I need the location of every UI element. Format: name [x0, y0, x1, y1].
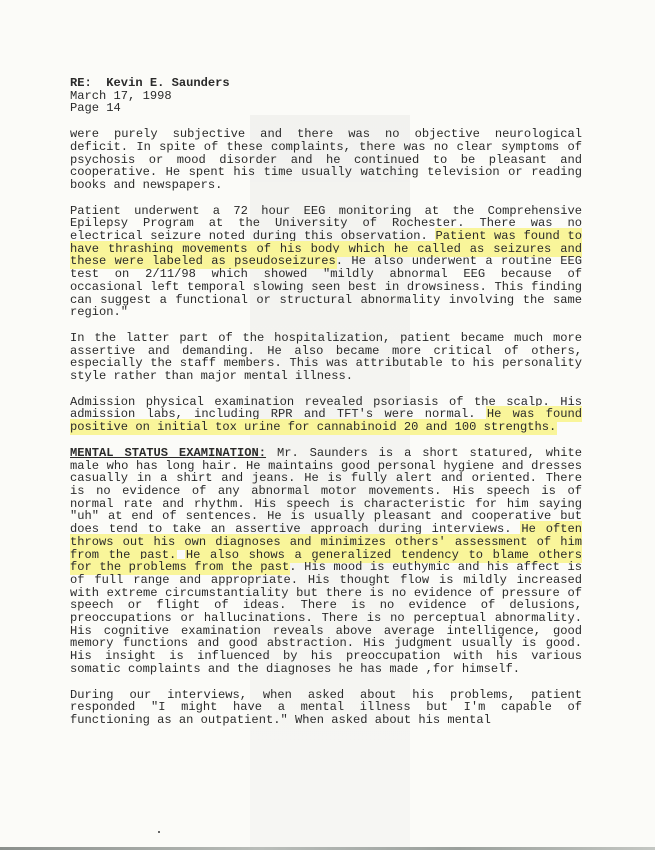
patient-name: Kevin E. Saunders	[106, 76, 229, 90]
re-label: RE:	[70, 76, 92, 90]
paragraph-interviews: During our interviews, when asked about …	[70, 689, 582, 727]
paragraph-admission-exam: Admission physical examination revealed …	[70, 396, 582, 434]
document-page: RE: Kevin E. Saunders March 17, 1998 Pag…	[70, 77, 582, 740]
page-number: Page 14	[70, 102, 582, 115]
letter-header: RE: Kevin E. Saunders March 17, 1998 Pag…	[70, 77, 582, 115]
paragraph-mental-status: MENTAL STATUS EXAMINATION: Mr. Saunders …	[70, 447, 582, 676]
mse-text-after: . His mood is euthymic and his affect is…	[70, 560, 582, 676]
re-line: RE: Kevin E. Saunders	[70, 77, 582, 90]
paragraph-hospitalization: In the latter part of the hospitalizatio…	[70, 332, 582, 383]
scan-speck	[158, 831, 160, 833]
letter-date: March 17, 1998	[70, 90, 582, 103]
paragraph-course: were purely subjective and there was no …	[70, 128, 582, 192]
paragraph-eeg: Patient underwent a 72 hour EEG monitori…	[70, 205, 582, 319]
mse-text-before: Mr. Saunders is a short statured, white …	[70, 446, 582, 536]
